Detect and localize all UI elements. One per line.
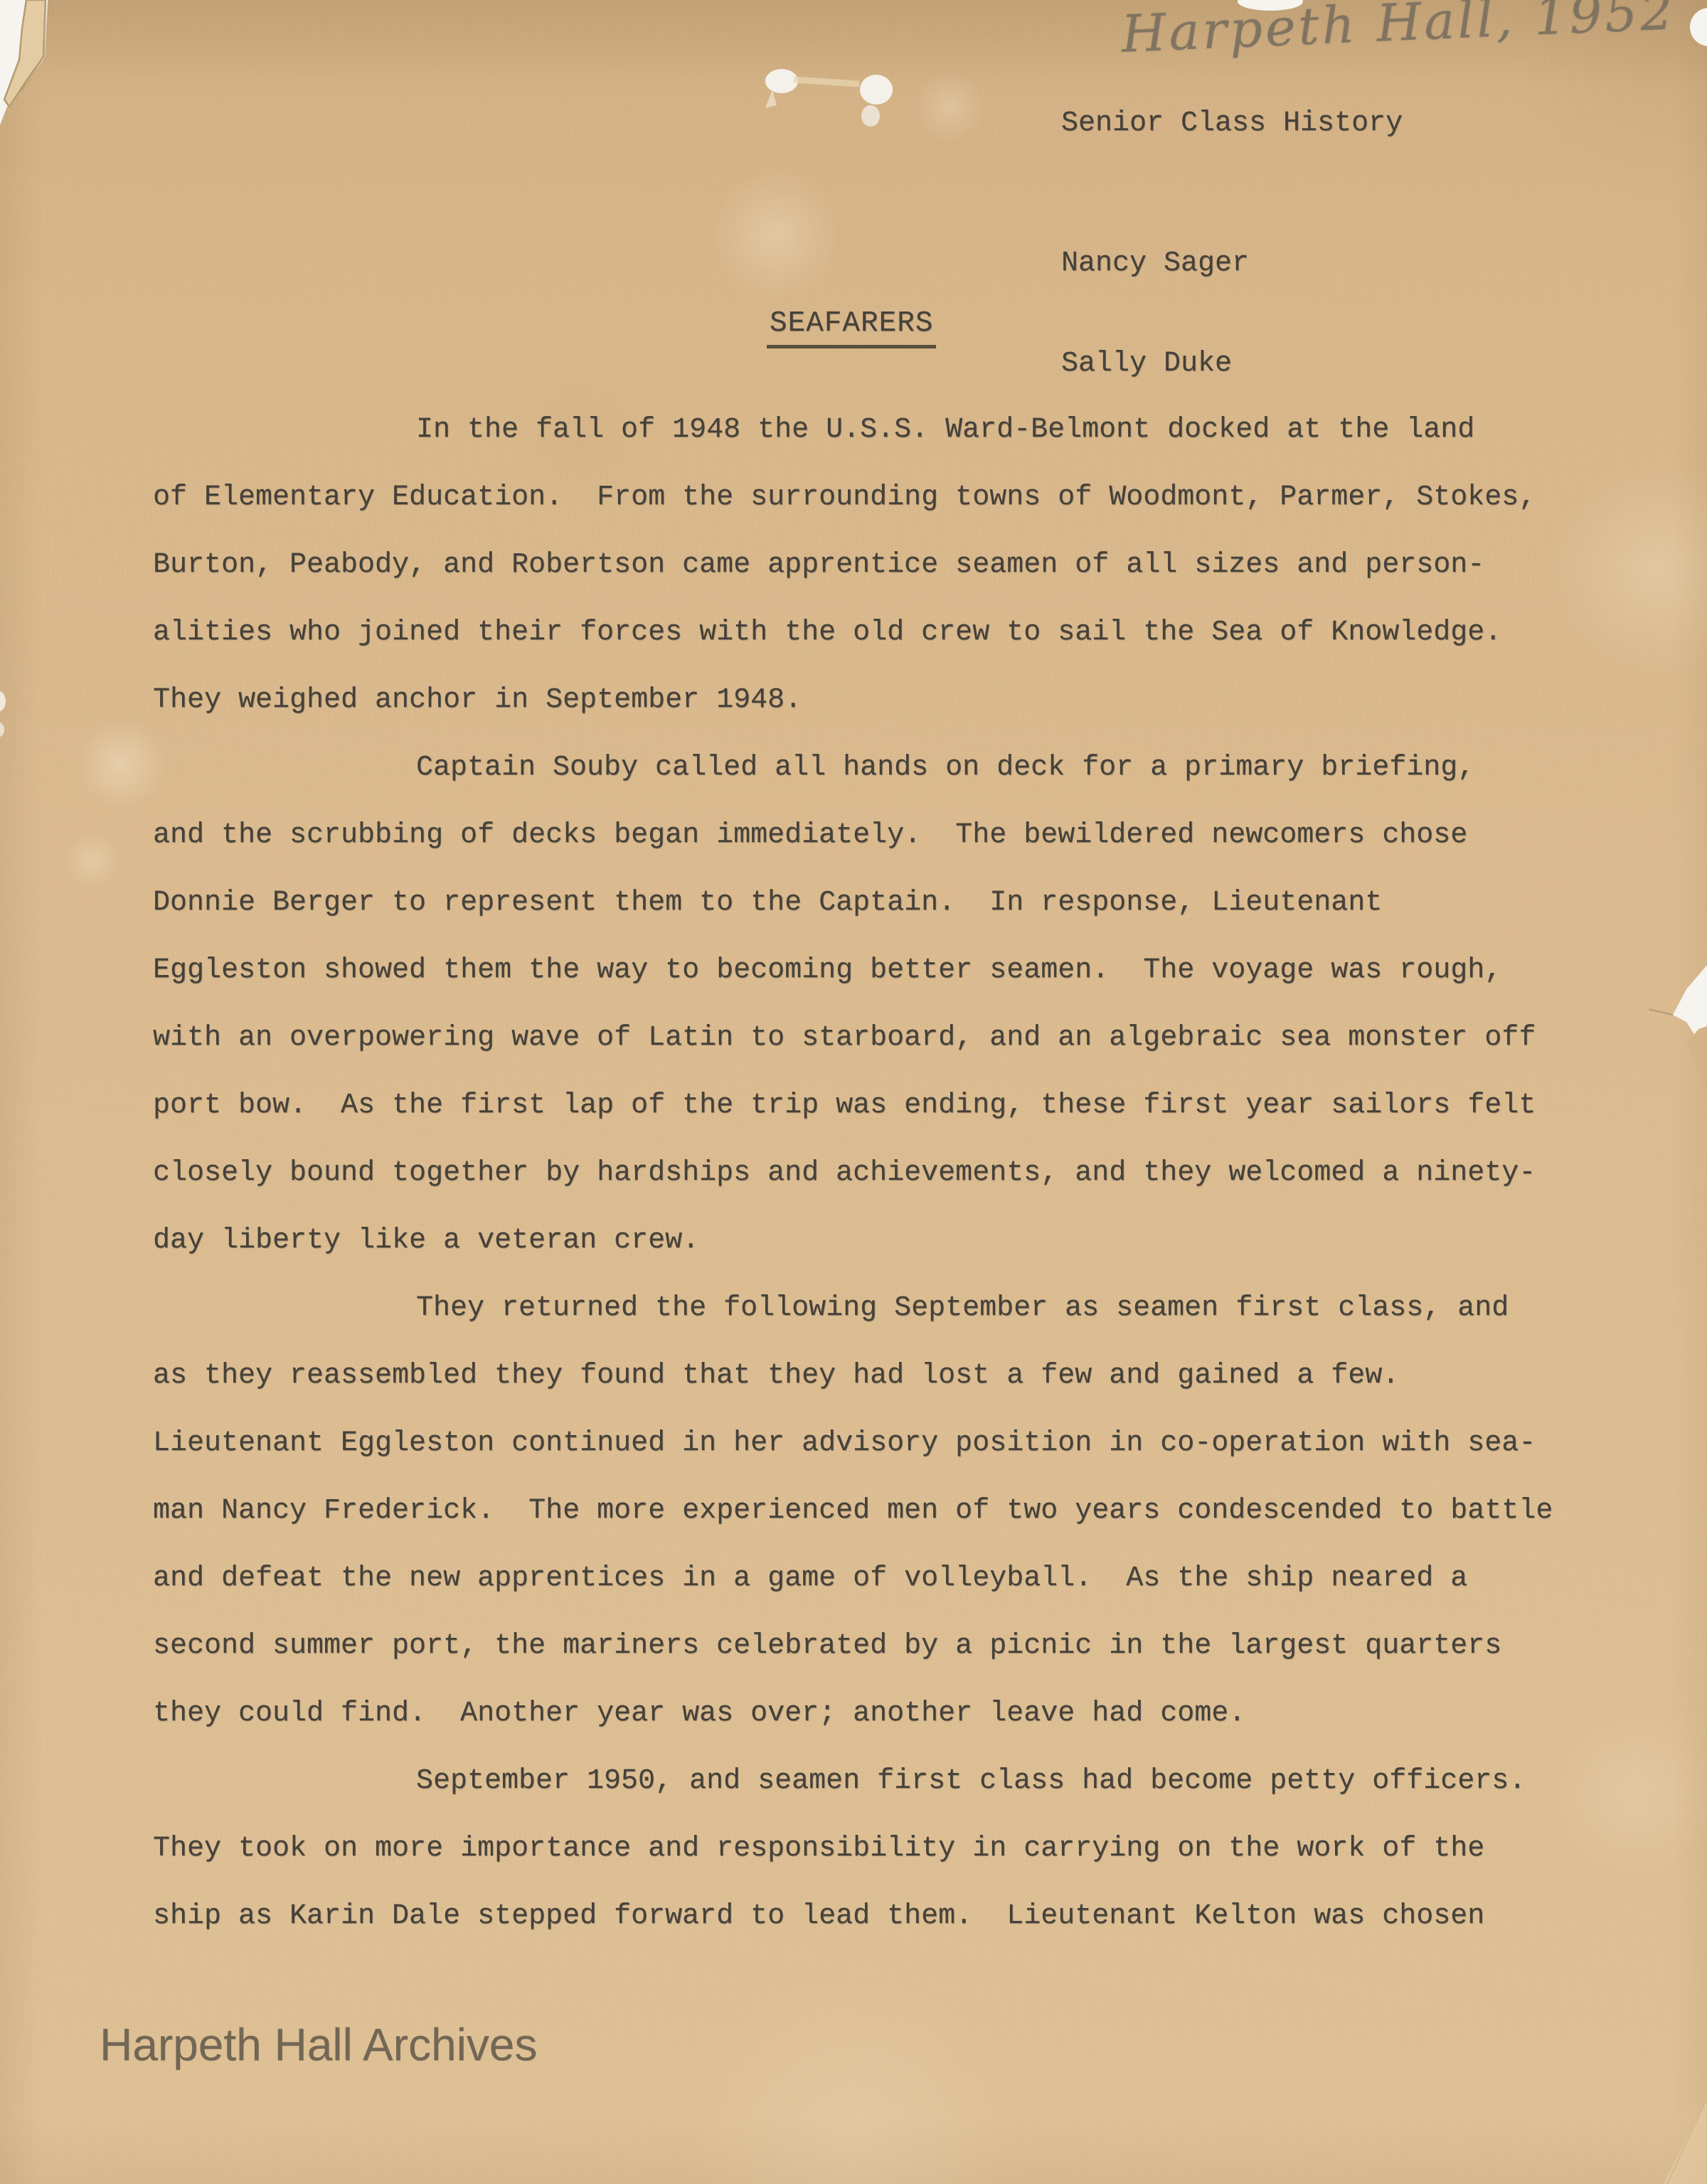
scanned-document-page: Harpeth Hall, 1952 Senior Class History … [0,0,1707,2184]
right-edge-tear-flap [1686,1026,1707,1092]
left-edge-nick [0,691,6,712]
staple-hole-right [860,75,893,105]
staple-scratch [794,80,859,84]
staple-hole-left-tail [765,90,777,108]
paper-damage-overlay [0,0,1707,2184]
right-edge-tear-crack [1649,1009,1673,1015]
staple-hole-right-tail [861,105,880,127]
left-edge-nick [0,722,4,737]
staple-hole-left [765,69,798,93]
right-edge-blob [1690,8,1707,46]
top-edge-nick [1238,0,1303,11]
